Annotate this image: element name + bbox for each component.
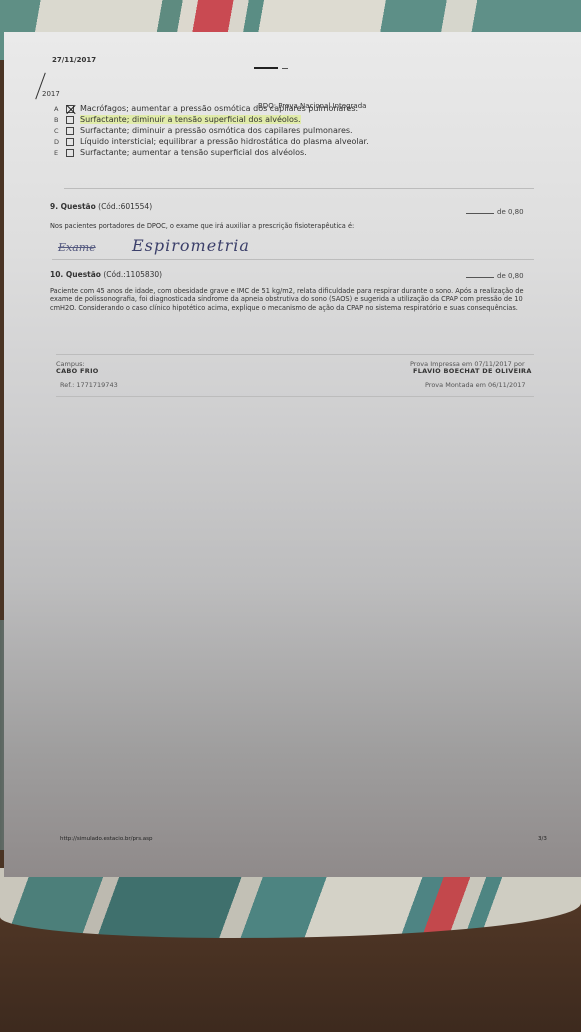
handwritten-struck-text: Exame (58, 241, 96, 254)
question-label: 9. Questão (50, 202, 96, 211)
option-text: Macrófagos; aumentar a pressão osmótica … (80, 104, 358, 113)
pen-mark (254, 67, 278, 69)
page-url[interactable]: http://simulado.estacio.br/prs.asp (60, 836, 153, 842)
question-9-title: 9. Questão (Cód.:601554) (50, 202, 152, 211)
assembled-info: Prova Montada em 06/11/2017 (425, 381, 525, 389)
score-blank (466, 277, 494, 278)
page-number: 3/3 (538, 836, 547, 842)
option-letter: B (54, 116, 66, 124)
score-text: de 0,80 (497, 272, 524, 280)
option-letter: A (54, 105, 66, 113)
option-a[interactable]: A Macrófagos; aumentar a pressão osmótic… (54, 103, 369, 114)
question-code: (Cód.:1105830) (103, 270, 162, 279)
option-text: Surfactante; diminuir a pressão osmótica… (80, 126, 353, 135)
option-letter: C (54, 127, 66, 135)
score-text: de 0,80 (497, 208, 524, 216)
option-text: Surfactante; aumentar a tensão superfici… (80, 148, 307, 157)
divider (56, 354, 534, 355)
option-letter: D (54, 138, 66, 146)
question-9-score: de 0,80 (466, 208, 524, 216)
answer-line (52, 259, 534, 260)
pen-mark-small (282, 68, 288, 69)
option-e[interactable]: E Surfactante; aumentar a tensão superfi… (54, 147, 369, 158)
answer-options: A Macrófagos; aumentar a pressão osmótic… (54, 103, 369, 158)
campus-name: CABO FRIO (56, 367, 99, 375)
question-10-text: Paciente com 45 anos de idade, com obesi… (50, 287, 536, 312)
question-9-text: Nos pacientes portadores de DPOC, o exam… (50, 222, 354, 230)
checkbox-icon[interactable] (66, 116, 74, 124)
checkbox-marked-icon[interactable] (66, 105, 74, 113)
score-blank (466, 213, 494, 214)
option-d[interactable]: D Líquido intersticial; equilibrar a pre… (54, 136, 369, 147)
option-text: Líquido intersticial; equilibrar a press… (80, 137, 369, 146)
reference-number: Ref.: 1771719743 (60, 381, 118, 389)
partial-year: 2017 (42, 90, 60, 98)
checkbox-icon[interactable] (66, 127, 74, 135)
exam-sheet: 27/11/2017 2017 BDQ: Prova Nacional Inte… (4, 32, 581, 877)
option-letter: E (54, 149, 66, 157)
divider (56, 396, 534, 397)
print-date: 27/11/2017 (52, 56, 96, 64)
author-name: FLAVIO BOECHAT DE OLIVEIRA (413, 367, 532, 375)
checkbox-icon[interactable] (66, 149, 74, 157)
question-code: (Cód.:601554) (98, 202, 152, 211)
checkbox-icon[interactable] (66, 138, 74, 146)
option-text-highlighted: Surfactante; diminuir a tensão superfici… (80, 115, 301, 124)
handwritten-answer: Espirometria (132, 236, 250, 255)
option-c[interactable]: C Surfactante; diminuir a pressão osmóti… (54, 125, 369, 136)
divider (64, 188, 534, 189)
option-b[interactable]: B Surfactante; diminuir a tensão superfi… (54, 114, 369, 125)
question-10-score: de 0,80 (466, 272, 524, 280)
question-label: 10. Questão (50, 270, 101, 279)
question-10-title: 10. Questão (Cód.:1105830) (50, 270, 162, 279)
